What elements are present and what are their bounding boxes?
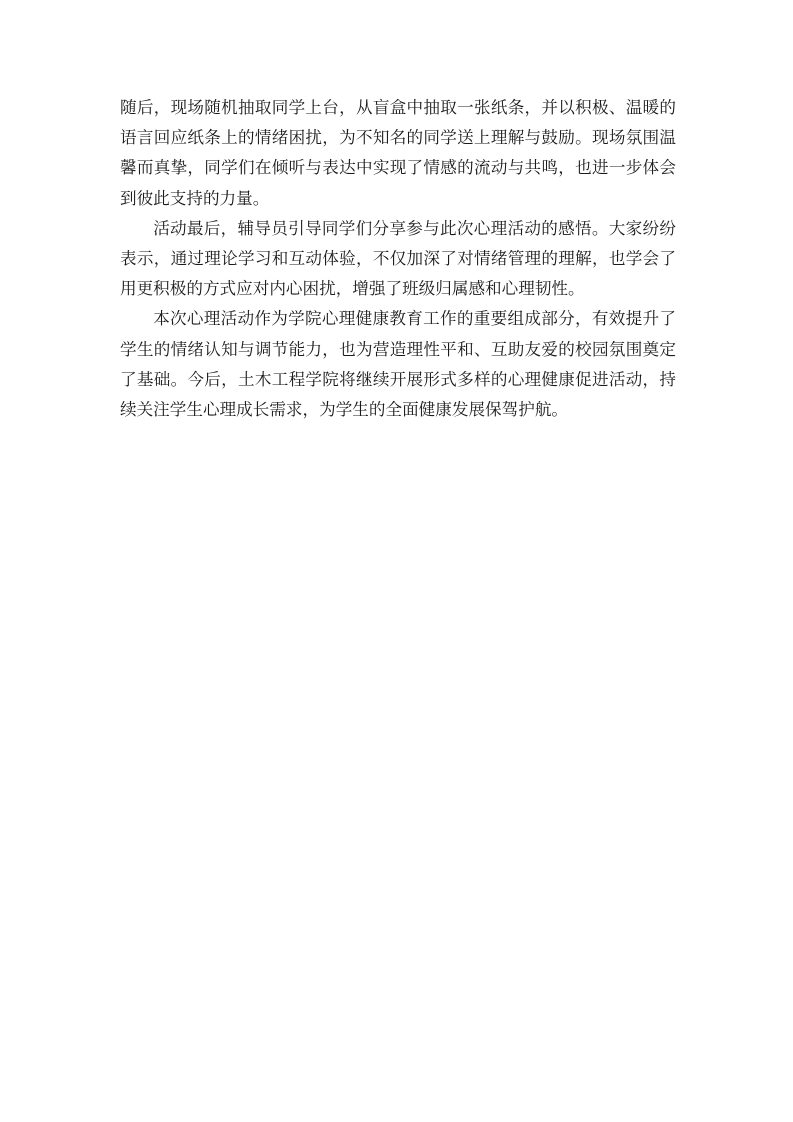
paragraph-summary: 本次心理活动作为学院心理健康教育工作的重要组成部分，有效提升了学生的情绪认知与调… (120, 304, 676, 425)
document-page: 随后，现场随机抽取同学上台，从盲盒中抽取一张纸条，并以积极、温暖的语言回应纸条上… (120, 93, 676, 425)
paragraph-activity-conclusion: 活动最后，辅导员引导同学们分享参与此次心理活动的感悟。大家纷纷表示，通过理论学习… (120, 214, 676, 305)
paragraph-continuation: 随后，现场随机抽取同学上台，从盲盒中抽取一张纸条，并以积极、温暖的语言回应纸条上… (120, 93, 676, 214)
